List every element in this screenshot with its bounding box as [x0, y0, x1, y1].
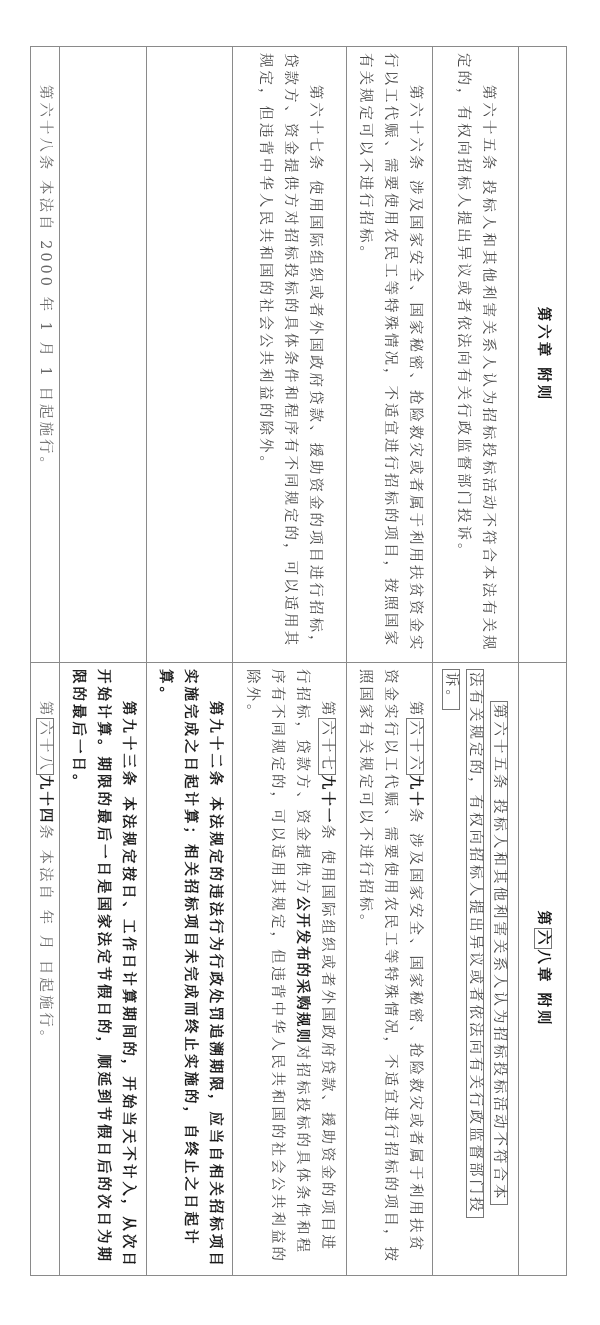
inserted-mark: 九十一	[320, 775, 336, 825]
inserted-mark: 九十	[407, 775, 423, 808]
inserted-mark: 九十四	[37, 775, 53, 825]
table-row: 第六十七条 使用国际组织或者外国政府贷款、援助资金的项目进行招标，贷款方、资金提…	[233, 47, 347, 1276]
right-article-91: 第六十七九十一条 使用国际组织或者外国政府贷款、援助资金的项目进行招标，贷款方、…	[233, 663, 347, 1276]
article-text: 条 本法自 年 月 日起施行。	[37, 824, 53, 1047]
right-article-94: 第六十八九十四条 本法自 年 月 日起施行。	[31, 663, 60, 1276]
left-empty-cell	[147, 47, 233, 663]
table-row: 第九十三条 本法规定按日、工作日计算期间的，开始当天不计入，从次日开始计算。期限…	[60, 47, 147, 1276]
table-row: 第六章 附则 第六八章 附则	[519, 47, 567, 1276]
article-prefix: 第	[37, 701, 53, 719]
deleted-mark: 六十七	[319, 718, 337, 775]
comparison-table: 第六章 附则 第六八章 附则 第六十五条 投标人和其他利害关系人认为招标投标活动…	[30, 46, 567, 1276]
deleted-mark: 六十八	[36, 718, 54, 775]
right-chapter-title: 第六八章 附则	[519, 663, 567, 1276]
inserted-mark: 公开发布的采购规则	[295, 897, 311, 1046]
right-article-93: 第九十三条 本法规定按日、工作日计算期间的，开始当天不计入，从次日开始计算。期限…	[60, 663, 147, 1276]
deleted-mark: 第六十五条 投标人和其他利害关系人认为招标投标活动不符合本	[491, 701, 509, 1205]
chapter-prefix: 第	[535, 910, 551, 928]
left-article-67: 第六十七条 使用国际组织或者外国政府贷款、援助资金的项目进行招标，贷款方、资金提…	[233, 47, 347, 663]
deleted-mark: 六	[534, 928, 552, 950]
left-article-68: 第六十八条 本法自 2000 年 1 月 1 日起施行。	[31, 47, 60, 663]
deleted-mark: 法有关规定的，有权向招标人提出异议或者依法向有关行政监督部门投	[467, 669, 485, 1218]
deleted-mark: 六十六	[406, 718, 424, 775]
table-row: 第六十六条 涉及国家安全、国家秘密、抢险救灾或者属于利用扶贫资金实行以工代赈、需…	[347, 47, 433, 1276]
article-prefix: 第	[407, 701, 423, 719]
right-article-65: 第六十五条 投标人和其他利害关系人认为招标投标活动不符合本 法有关规定的，有权向…	[433, 663, 519, 1276]
right-article-90: 第六十六九十条 涉及国家安全、国家秘密、抢险救灾或者属于利用扶贫资金实行以工代赈…	[347, 663, 433, 1276]
left-empty-cell	[60, 47, 147, 663]
left-article-66: 第六十六条 涉及国家安全、国家秘密、抢险救灾或者属于利用扶贫资金实行以工代赈、需…	[347, 47, 433, 663]
table-row: 第六十八条 本法自 2000 年 1 月 1 日起施行。 第六十八九十四条 本法…	[31, 47, 60, 1276]
rotated-page: 第六章 附则 第六八章 附则 第六十五条 投标人和其他利害关系人认为招标投标活动…	[0, 0, 600, 1325]
article-prefix: 第	[320, 701, 336, 719]
left-article-65: 第六十五条 投标人和其他利害关系人认为招标投标活动不符合本法有关规定的，有权向招…	[433, 47, 519, 663]
chapter-suffix: 八章 附则	[535, 949, 551, 1027]
table-row: 第九十二条 本法规定的违法行为行政处罚追溯期限，应当自相关招标项目实施完成之日起…	[147, 47, 233, 1276]
right-article-92: 第九十二条 本法规定的违法行为行政处罚追溯期限，应当自相关招标项目实施完成之日起…	[147, 663, 233, 1276]
left-chapter-title: 第六章 附则	[519, 47, 567, 663]
table-row: 第六十五条 投标人和其他利害关系人认为招标投标活动不符合本法有关规定的，有权向招…	[433, 47, 519, 1276]
deleted-mark: 诉。	[443, 669, 461, 710]
